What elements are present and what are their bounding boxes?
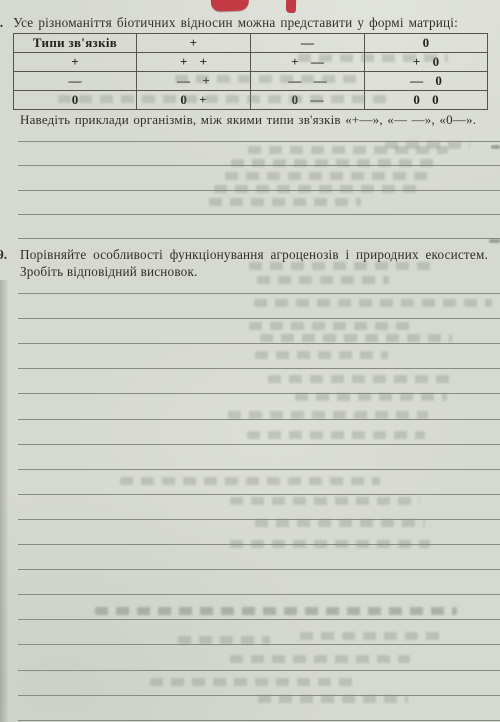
bleed-through-smudge [254,299,492,307]
edge-mark [489,239,500,243]
edge-mark [491,145,500,149]
bleed-through-smudge [120,477,380,485]
bleed-through-smudge [230,540,430,548]
bleed-through-smudge [58,95,388,103]
matrix-row-label: — [14,72,137,91]
bleed-through-smudge [255,519,425,527]
answer-rule-line [18,570,500,595]
page-left-edge-shadow [0,280,9,722]
answer-rule-line [18,118,500,142]
bleed-through-smudge [249,322,417,330]
bleed-through-smudge [258,695,408,703]
bleed-through-smudge [228,411,428,419]
cropped-red-heading-glyph [211,0,249,12]
matrix-header-cell: 0 [365,34,488,53]
question-8-text: Усе різноманіття біотичних відносин можн… [13,15,458,31]
bleed-through-smudge [295,393,447,401]
answer-rule-line [18,545,500,570]
cropped-red-heading-glyph [286,0,296,13]
bleed-through-smudge [230,655,410,663]
question-9-number: 9. [0,246,7,263]
bleed-through-smudge [231,159,436,167]
question-9-text-line-1: Порівняйте особливості функціонування аг… [20,246,488,263]
bleed-through-smudge [298,54,448,62]
bleed-through-smudge [214,185,420,193]
bleed-through-smudge [230,497,420,505]
matrix-cell: + + [137,53,251,72]
bleed-through-smudge [175,75,360,83]
bleed-through-smudge [249,262,431,270]
answer-rule-line [18,215,500,239]
workbook-scanned-page: 8. Усе різноманіття біотичних відносин м… [0,0,500,722]
matrix-header-cell: Типи зв'язків [14,34,137,53]
matrix-header-cell: + [137,34,251,53]
bleed-through-smudge [257,276,389,284]
bleed-through-smudge [268,375,453,383]
bleed-through-smudge [260,334,452,342]
bleed-through-smudge [255,351,388,359]
bleed-through-smudge [248,146,448,154]
bleed-through-smudge [225,172,427,180]
bleed-through-smudge [247,431,425,439]
bleed-through-smudge [150,678,360,686]
bleed-through-smudge [178,636,270,644]
matrix-header-cell: — [251,34,365,53]
matrix-header-row: Типи зв'язків + — 0 [14,34,488,53]
bleed-through-smudge [209,198,361,206]
answer-rule-line [18,445,500,470]
matrix-cell: — 0 [365,72,488,91]
bleed-through-smudge [95,607,457,615]
matrix-row-label: + [14,53,137,72]
question-8-number: 8. [0,15,3,31]
bleed-through-smudge [300,632,440,640]
question-8: 8. Усе різноманіття біотичних відносин м… [0,15,498,31]
